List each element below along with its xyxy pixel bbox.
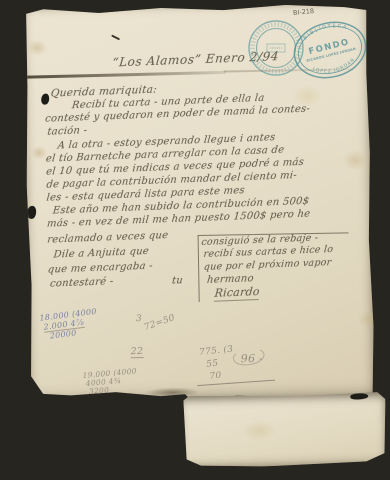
calc-line: 55	[206, 359, 219, 370]
letter-line: tación -	[47, 125, 88, 138]
calc-line: 3200	[89, 385, 110, 396]
tear-crease	[26, 71, 226, 79]
pen-flick	[111, 34, 120, 40]
edge-tear-mark	[350, 393, 368, 399]
calc-line: 775. (3	[199, 344, 234, 358]
torn-lower-sheet	[183, 392, 386, 468]
letter-sheet: “Los Alamos” Enero 2/94 Querida mariquit…	[23, 2, 376, 404]
stain	[358, 310, 380, 328]
letter-closing: tu	[171, 275, 183, 286]
letter-line: reclamado a veces que	[47, 230, 169, 246]
letter-line: que me encargaba -	[47, 261, 153, 276]
calc-line: 70	[209, 371, 222, 382]
letter-line: contestaré -	[49, 276, 113, 289]
ink-blot	[41, 94, 49, 105]
calc-note: 22	[130, 346, 143, 358]
edge-tear-mark	[27, 206, 36, 219]
scan-background: “Los Alamos” Enero 2/94 Querida mariquit…	[0, 0, 390, 480]
pencil-rule	[197, 380, 275, 386]
signature: Ricardo	[214, 285, 261, 302]
stain	[27, 40, 47, 56]
calc-note: 72=50	[143, 313, 176, 333]
letter-line: Dile a Anjuita que	[53, 246, 150, 261]
stain	[31, 146, 47, 160]
letter-line: hermano	[206, 273, 254, 286]
stain	[242, 420, 276, 441]
letter-heading: “Los Alamos” Enero 2/94	[112, 49, 280, 69]
tear-crease-faint	[224, 68, 354, 72]
stain	[343, 150, 367, 170]
calc-line: 20000	[49, 328, 77, 340]
calc-note: 3	[136, 314, 142, 324]
